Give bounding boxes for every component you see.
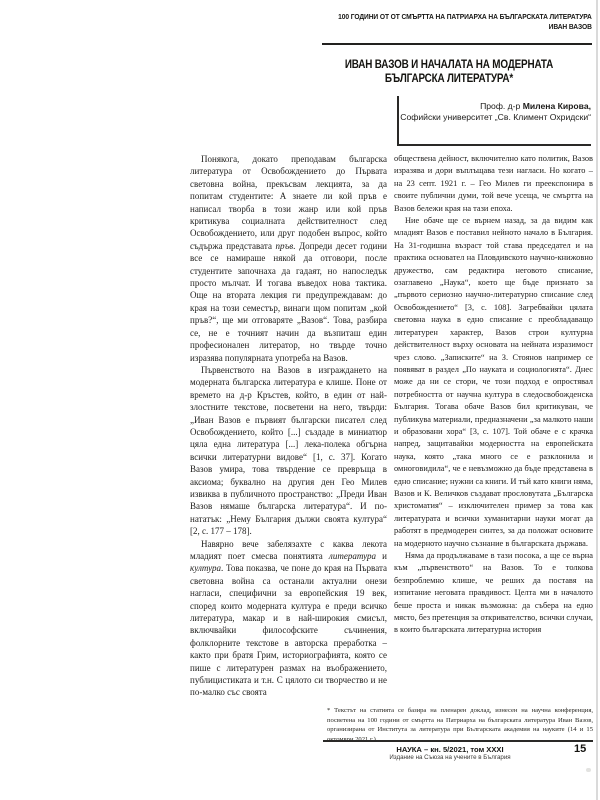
body-paragraph: Първенството на Вазов в изграждането на …	[190, 364, 387, 538]
publisher-line: Издание на Съюза на учените в България	[350, 754, 550, 762]
author-block: Проф. д-р Милена Кирова, Софийски универ…	[397, 96, 591, 146]
author-prefix: Проф. д-р	[480, 101, 523, 111]
journal-volume-line: НАУКА – кн. 5/2021, том XXXI	[350, 745, 550, 754]
footer: НАУКА – кн. 5/2021, том XXXI Издание на …	[350, 745, 550, 762]
author-affiliation: Софийски университет „Св. Климент Охридс…	[399, 112, 591, 123]
article-title-line2: БЪЛГАРСКА ЛИТЕРАТУРА*	[385, 73, 513, 85]
footnote: * Текстът на статията се базира на плена…	[327, 706, 593, 740]
scan-smudge-artifact	[586, 768, 591, 772]
header-rule	[322, 43, 592, 45]
body-paragraph: Понякога, докато преподавам българска ли…	[190, 153, 387, 364]
page-number: 15	[574, 743, 586, 755]
right-column: обществена дейност, включително като пол…	[394, 153, 593, 701]
running-head-line1: 100 ГОДИНИ ОТ ОТ СМЪРТТА НА ПАТРИАРХА НА…	[338, 12, 592, 22]
body-paragraph: обществена дейност, включително като пол…	[394, 153, 593, 215]
author-name: Милена Кирова,	[523, 101, 591, 111]
article-title: ИВАН ВАЗОВ И НАЧАЛАТА НА МОДЕРНАТАБЪЛГАР…	[320, 58, 578, 86]
scanned-journal-page: 100 ГОДИНИ ОТ ОТ СМЪРТТА НА ПАТРИАРХА НА…	[0, 0, 600, 800]
body-paragraph: Ние обаче ще се върнем назад, за да види…	[394, 215, 593, 550]
article-title-line1: ИВАН ВАЗОВ И НАЧАЛАТА НА МОДЕРНАТА	[345, 59, 553, 71]
left-column: Понякога, докато преподавам българска ли…	[190, 153, 387, 701]
footer-rule	[323, 740, 593, 742]
scan-edge-artifact	[596, 0, 598, 800]
body-paragraph: Няма да продължаваме в тази посока, а ще…	[394, 550, 593, 637]
body-paragraph: Навярно вече забелязахте с каква лекота …	[190, 538, 387, 699]
author-line: Проф. д-р Милена Кирова,	[399, 101, 591, 112]
running-head-line2: ИВАН ВАЗОВ	[338, 22, 592, 32]
running-head: 100 ГОДИНИ ОТ ОТ СМЪРТТА НА ПАТРИАРХА НА…	[338, 12, 592, 32]
